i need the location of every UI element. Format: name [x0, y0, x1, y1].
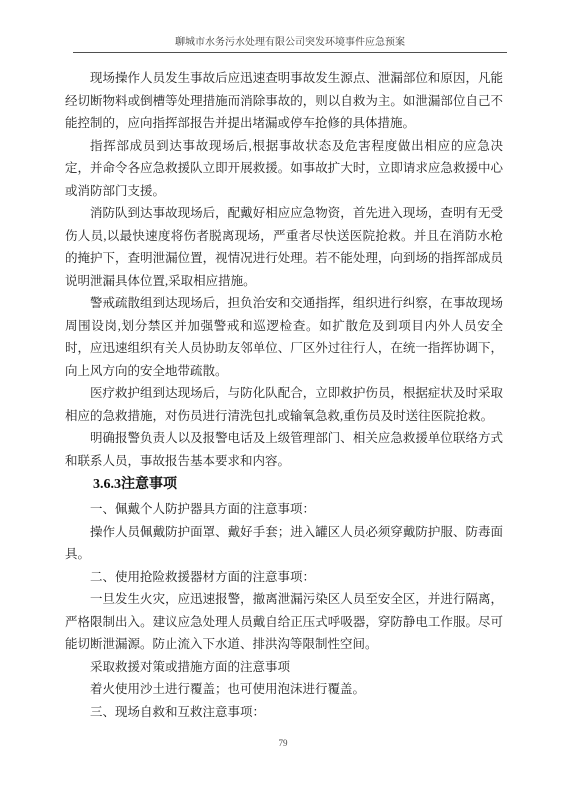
page-header-title: 聊城市水务污水处理有限公司突发环境事件应急预案 [73, 37, 507, 49]
paragraph: 一、佩戴个人防护器具方面的注意事项： [65, 498, 503, 521]
paragraph: 指挥部成员到达事故现场后,根据事故状态及危害程度做出相应的应急决定，并命令各应急… [65, 135, 503, 203]
header-divider [73, 52, 507, 53]
document-body: 现场操作人员发生事故后应迅速查明事故发生源点、泄漏部位和原因，凡能经切断物料或倒… [65, 67, 503, 723]
paragraph: 着火使用沙土进行覆盖；也可使用泡沫进行覆盖。 [65, 678, 503, 701]
paragraph: 采取救援对策或措施方面的注意事项 [65, 656, 503, 679]
paragraph: 消防队到达事故现场后，配戴好相应应急物资，首先进入现场，查明有无受伤人员,以最快… [65, 202, 503, 292]
paragraph: 操作人员佩戴防护面罩、戴好手套；进入罐区人员必须穿戴防护服、防毒面具。 [65, 521, 503, 566]
paragraph: 一旦发生火灾，应迅速报警，撤离泄漏污染区人员至安全区，并进行隔离，严格限制出入。… [65, 588, 503, 656]
paragraph: 三、现场自救和互救注意事项： [65, 701, 503, 724]
paragraph: 医疗救护组到达现场后，与防化队配合，立即救护伤员，根据症状及时采取相应的急救措施… [65, 382, 503, 427]
paragraph: 警戒疏散组到达现场后，担负治安和交通指挥，组织进行纠察，在事故现场周围设岗,划分… [65, 292, 503, 382]
document-page: 聊城市水务污水处理有限公司突发环境事件应急预案 现场操作人员发生事故后应迅速查明… [0, 0, 566, 800]
page-number: 79 [0, 738, 566, 748]
section-heading: 3.6.3注意事项 [65, 472, 503, 498]
paragraph: 明确报警负责人以及报警电话及上级管理部门、相关应急救援单位联络方式和联系人员，事… [65, 427, 503, 472]
paragraph: 现场操作人员发生事故后应迅速查明事故发生源点、泄漏部位和原因，凡能经切断物料或倒… [65, 67, 503, 135]
paragraph: 二、使用抢险救援器材方面的注意事项： [65, 566, 503, 589]
